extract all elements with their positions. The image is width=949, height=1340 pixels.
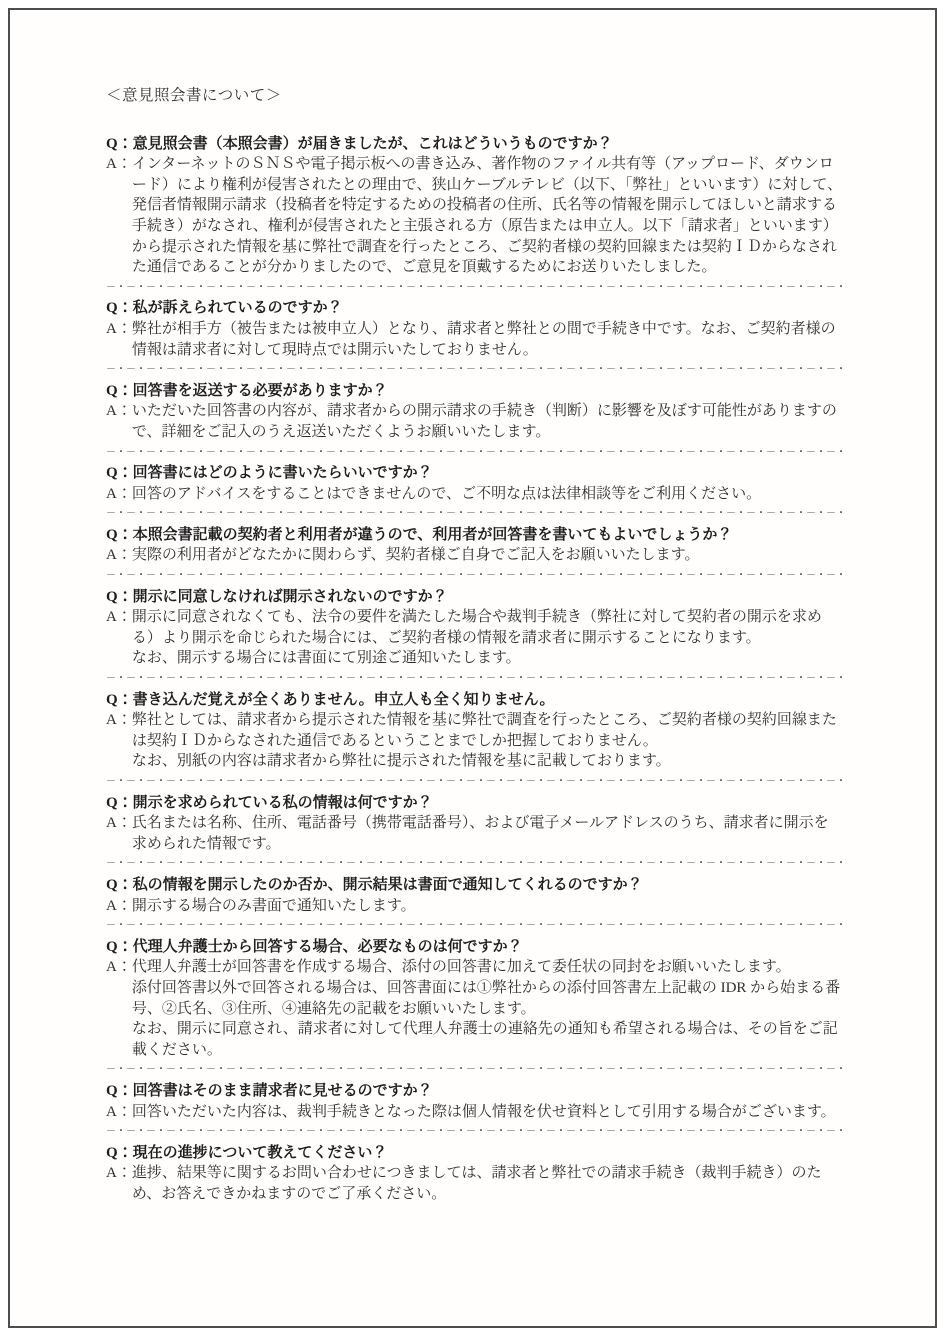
answer-paragraph: 開示する場合のみ書面で通知いたします。 xyxy=(132,896,843,917)
question-prefix: Q： xyxy=(106,1143,133,1164)
question-prefix: Q： xyxy=(106,690,133,711)
question-text: 回答書はそのまま請求者に見せるのですか？ xyxy=(133,1081,843,1102)
question-text: 私が訴えられているのですか？ xyxy=(133,298,843,319)
question-text: 代理人弁護士から回答する場合、必要なものは何ですか？ xyxy=(133,937,843,958)
answer-paragraph: 添付回答書以外で回答される場合は、回答書面には①弊社からの添付回答書左上記載の … xyxy=(132,978,843,1019)
question-row: Q： 回答書にはどのように書いたらいいですか？ xyxy=(106,463,843,484)
answer-prefix: A： xyxy=(106,957,132,1060)
question-text: 意見照会書（本照会書）が届きましたが、これはどういうものですか？ xyxy=(133,134,843,155)
qa-item: Q： 代理人弁護士から回答する場合、必要なものは何ですか？ A： 代理人弁護士が… xyxy=(106,937,843,1081)
qa-item: Q： 回答書にはどのように書いたらいいですか？ A： 回答のアドバイスをすること… xyxy=(106,463,843,525)
question-prefix: Q： xyxy=(106,793,133,814)
answer-row: A： 実際の利用者がどなたかに関わらず、契約者様ご自身でご記入をお願いいたします… xyxy=(106,545,843,566)
answer-prefix: A： xyxy=(106,1102,132,1123)
answer-prefix: A： xyxy=(106,401,132,442)
answer-text: 開示に同意されなくても、法令の要件を満たした場合や裁判手続き（弊社に対して契約者… xyxy=(132,607,843,669)
answer-paragraph: 開示に同意されなくても、法令の要件を満たした場合や裁判手続き（弊社に対して契約者… xyxy=(132,607,843,648)
question-prefix: Q： xyxy=(106,525,133,546)
answer-paragraph: 実際の利用者がどなたかに関わらず、契約者様ご自身でご記入をお願いいたします。 xyxy=(132,545,843,566)
question-row: Q： 意見照会書（本照会書）が届きましたが、これはどういうものですか？ xyxy=(106,134,843,155)
qa-item: Q： 回答書を返送する必要がありますか？ A： いただいた回答書の内容が、請求者… xyxy=(106,381,843,463)
answer-text: 弊社が相手方（被告または被申立人）となり、請求者と弊社との間で手続き中です。なお… xyxy=(132,319,843,360)
answer-row: A： 氏名または名称、住所、電話番号（携帯電話番号）、および電子メールアドレスの… xyxy=(106,813,843,854)
question-text: 回答書にはどのように書いたらいいですか？ xyxy=(133,463,843,484)
answer-text: 回答いただいた内容は、裁判手続きとなった際は個人情報を伏せ資料として引用する場合… xyxy=(132,1102,843,1123)
question-text: 現在の進捗について教えてください？ xyxy=(133,1143,843,1164)
answer-paragraph: 氏名または名称、住所、電話番号（携帯電話番号）、および電子メールアドレスのうち、… xyxy=(132,813,843,854)
question-prefix: Q： xyxy=(106,298,133,319)
question-prefix: Q： xyxy=(106,463,133,484)
qa-item: Q： 回答書はそのまま請求者に見せるのですか？ A： 回答いただいた内容は、裁判… xyxy=(106,1081,843,1143)
question-row: Q： 開示を求められている私の情報は何ですか？ xyxy=(106,793,843,814)
question-row: Q： 現在の進捗について教えてください？ xyxy=(106,1143,843,1164)
answer-row: A： 回答のアドバイスをすることはできませんので、ご不明な点は法律相談等をご利用… xyxy=(106,484,843,505)
answer-paragraph: なお、開示する場合には書面にて別途ご通知いたします。 xyxy=(132,648,843,669)
question-prefix: Q： xyxy=(106,381,133,402)
answer-paragraph: 弊社が相手方（被告または被申立人）となり、請求者と弊社との間で手続き中です。なお… xyxy=(132,319,843,360)
qa-item: Q： 本照会書記載の契約者と利用者が違うので、利用者が回答書を書いてもよいでしょ… xyxy=(106,525,843,587)
answer-paragraph: いただいた回答書の内容が、請求者からの開示請求の手続き（判断）に影響を及ぼす可能… xyxy=(132,401,843,442)
dashed-divider: －・－・－・－・－・－・－・－・－・－・－・－・－・－・－・－・－・－・－・－・… xyxy=(106,566,843,587)
answer-prefix: A： xyxy=(106,896,132,917)
qa-item: Q： 開示に同意しなければ開示されないのですか？ A： 開示に同意されなくても、… xyxy=(106,587,843,690)
question-text: 本照会書記載の契約者と利用者が違うので、利用者が回答書を書いてもよいでしょうか？ xyxy=(133,525,843,546)
answer-text: 開示する場合のみ書面で通知いたします。 xyxy=(132,896,843,917)
answer-prefix: A： xyxy=(106,319,132,360)
answer-prefix: A： xyxy=(106,607,132,669)
dashed-divider: －・－・－・－・－・－・－・－・－・－・－・－・－・－・－・－・－・－・－・－・… xyxy=(106,772,843,793)
answer-paragraph: 代理人弁護士が回答書を作成する場合、添付の回答書に加えて委任状の同封をお願いいた… xyxy=(132,957,843,978)
question-prefix: Q： xyxy=(106,134,133,155)
answer-paragraph: 回答いただいた内容は、裁判手続きとなった際は個人情報を伏せ資料として引用する場合… xyxy=(132,1102,843,1123)
answer-paragraph: 回答のアドバイスをすることはできませんので、ご不明な点は法律相談等をご利用くださ… xyxy=(132,484,843,505)
dashed-divider: －・－・－・－・－・－・－・－・－・－・－・－・－・－・－・－・－・－・－・－・… xyxy=(106,669,843,690)
answer-text: インターネットのＳＮＳや電子掲示板への書き込み、著作物のファイル共有等（アップロ… xyxy=(132,154,843,278)
answer-prefix: A： xyxy=(106,813,132,854)
page-title: ＜意見照会書について＞ xyxy=(106,86,843,107)
answer-prefix: A： xyxy=(106,154,132,278)
answer-paragraph: なお、開示に同意され、請求者に対して代理人弁護士の連絡先の通知も希望される場合は… xyxy=(132,1019,843,1060)
question-prefix: Q： xyxy=(106,937,133,958)
question-row: Q： 私が訴えられているのですか？ xyxy=(106,298,843,319)
qa-item: Q： 意見照会書（本照会書）が届きましたが、これはどういうものですか？ A： イ… xyxy=(106,134,843,299)
answer-text: 回答のアドバイスをすることはできませんので、ご不明な点は法律相談等をご利用くださ… xyxy=(132,484,843,505)
answer-row: A： 開示に同意されなくても、法令の要件を満たした場合や裁判手続き（弊社に対して… xyxy=(106,607,843,669)
answer-row: A： 回答いただいた内容は、裁判手続きとなった際は個人情報を伏せ資料として引用す… xyxy=(106,1102,843,1123)
question-prefix: Q： xyxy=(106,1081,133,1102)
document-page: ＜意見照会書について＞ Q： 意見照会書（本照会書）が届きましたが、これはどうい… xyxy=(8,8,937,1328)
answer-row: A： いただいた回答書の内容が、請求者からの開示請求の手続き（判断）に影響を及ぼ… xyxy=(106,401,843,442)
answer-paragraph: 弊社としては、請求者から提示された情報を基に弊社で調査を行ったところ、ご契約者様… xyxy=(132,710,843,751)
dashed-divider: －・－・－・－・－・－・－・－・－・－・－・－・－・－・－・－・－・－・－・－・… xyxy=(106,443,843,464)
qa-item: Q： 私の情報を開示したのか否か、開示結果は書面で通知してくれるのですか？ A：… xyxy=(106,875,843,937)
question-text: 開示を求められている私の情報は何ですか？ xyxy=(133,793,843,814)
answer-row: A： 進捗、結果等に関するお問い合わせにつきましては、請求者と弊社での請求手続き… xyxy=(106,1163,843,1204)
answer-prefix: A： xyxy=(106,545,132,566)
question-row: Q： 私の情報を開示したのか否か、開示結果は書面で通知してくれるのですか？ xyxy=(106,875,843,896)
answer-prefix: A： xyxy=(106,1163,132,1204)
answer-text: 弊社としては、請求者から提示された情報を基に弊社で調査を行ったところ、ご契約者様… xyxy=(132,710,843,772)
dashed-divider: －・－・－・－・－・－・－・－・－・－・－・－・－・－・－・－・－・－・－・－・… xyxy=(106,1122,843,1143)
answer-row: A： インターネットのＳＮＳや電子掲示板への書き込み、著作物のファイル共有等（ア… xyxy=(106,154,843,278)
question-text: 書き込んだ覚えが全くありません。申立人も全く知りません。 xyxy=(133,690,843,711)
answer-prefix: A： xyxy=(106,710,132,772)
question-text: 回答書を返送する必要がありますか？ xyxy=(133,381,843,402)
answer-row: A： 弊社としては、請求者から提示された情報を基に弊社で調査を行ったところ、ご契… xyxy=(106,710,843,772)
answer-text: 氏名または名称、住所、電話番号（携帯電話番号）、および電子メールアドレスのうち、… xyxy=(132,813,843,854)
dashed-divider: －・－・－・－・－・－・－・－・－・－・－・－・－・－・－・－・－・－・－・－・… xyxy=(106,854,843,875)
question-row: Q： 回答書はそのまま請求者に見せるのですか？ xyxy=(106,1081,843,1102)
answer-row: A： 弊社が相手方（被告または被申立人）となり、請求者と弊社との間で手続き中です… xyxy=(106,319,843,360)
question-text: 開示に同意しなければ開示されないのですか？ xyxy=(133,587,843,608)
answer-text: いただいた回答書の内容が、請求者からの開示請求の手続き（判断）に影響を及ぼす可能… xyxy=(132,401,843,442)
dashed-divider: －・－・－・－・－・－・－・－・－・－・－・－・－・－・－・－・－・－・－・－・… xyxy=(106,916,843,937)
answer-paragraph: なお、別紙の内容は請求者から弊社に提示された情報を基に記載しております。 xyxy=(132,751,843,772)
question-row: Q： 回答書を返送する必要がありますか？ xyxy=(106,381,843,402)
qa-item: Q： 現在の進捗について教えてください？ A： 進捗、結果等に関するお問い合わせ… xyxy=(106,1143,843,1205)
question-row: Q： 書き込んだ覚えが全くありません。申立人も全く知りません。 xyxy=(106,690,843,711)
question-row: Q： 開示に同意しなければ開示されないのですか？ xyxy=(106,587,843,608)
dashed-divider: －・－・－・－・－・－・－・－・－・－・－・－・－・－・－・－・－・－・－・－・… xyxy=(106,1060,843,1081)
question-prefix: Q： xyxy=(106,587,133,608)
answer-prefix: A： xyxy=(106,484,132,505)
dashed-divider: －・－・－・－・－・－・－・－・－・－・－・－・－・－・－・－・－・－・－・－・… xyxy=(106,504,843,525)
answer-text: 進捗、結果等に関するお問い合わせにつきましては、請求者と弊社での請求手続き（裁判… xyxy=(132,1163,843,1204)
qa-item: Q： 私が訴えられているのですか？ A： 弊社が相手方（被告または被申立人）とな… xyxy=(106,298,843,380)
qa-list: Q： 意見照会書（本照会書）が届きましたが、これはどういうものですか？ A： イ… xyxy=(106,134,843,1205)
question-row: Q： 代理人弁護士から回答する場合、必要なものは何ですか？ xyxy=(106,937,843,958)
answer-text: 実際の利用者がどなたかに関わらず、契約者様ご自身でご記入をお願いいたします。 xyxy=(132,545,843,566)
dashed-divider: －・－・－・－・－・－・－・－・－・－・－・－・－・－・－・－・－・－・－・－・… xyxy=(106,360,843,381)
question-row: Q： 本照会書記載の契約者と利用者が違うので、利用者が回答書を書いてもよいでしょ… xyxy=(106,525,843,546)
answer-paragraph: インターネットのＳＮＳや電子掲示板への書き込み、著作物のファイル共有等（アップロ… xyxy=(132,154,843,278)
answer-row: A： 開示する場合のみ書面で通知いたします。 xyxy=(106,896,843,917)
question-text: 私の情報を開示したのか否か、開示結果は書面で通知してくれるのですか？ xyxy=(133,875,843,896)
answer-paragraph: 進捗、結果等に関するお問い合わせにつきましては、請求者と弊社での請求手続き（裁判… xyxy=(132,1163,843,1204)
answer-text: 代理人弁護士が回答書を作成する場合、添付の回答書に加えて委任状の同封をお願いいた… xyxy=(132,957,843,1060)
question-prefix: Q： xyxy=(106,875,133,896)
dashed-divider: －・－・－・－・－・－・－・－・－・－・－・－・－・－・－・－・－・－・－・－・… xyxy=(106,278,843,299)
answer-row: A： 代理人弁護士が回答書を作成する場合、添付の回答書に加えて委任状の同封をお願… xyxy=(106,957,843,1060)
qa-item: Q： 開示を求められている私の情報は何ですか？ A： 氏名または名称、住所、電話… xyxy=(106,793,843,875)
qa-item: Q： 書き込んだ覚えが全くありません。申立人も全く知りません。 A： 弊社として… xyxy=(106,690,843,793)
document-content: ＜意見照会書について＞ Q： 意見照会書（本照会書）が届きましたが、これはどうい… xyxy=(10,10,935,1204)
